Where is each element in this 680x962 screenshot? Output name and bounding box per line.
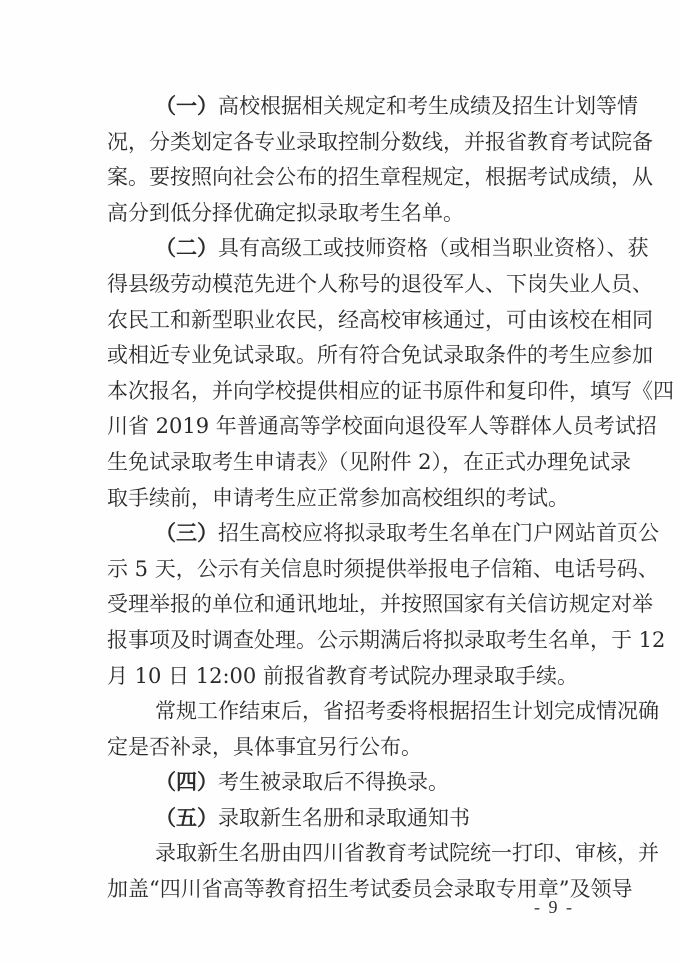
section-heading: （五）: [155, 806, 218, 830]
paragraph-line: （一）高校根据相关规定和考生成绩及招生计划等情: [107, 89, 579, 125]
paragraph-section-5: （五）录取新生名册和录取通知书: [107, 801, 579, 837]
paragraph-roster: 录取新生名册由四川省教育考试院统一打印、审核，并 加盖“四川省高等教育招生考试委…: [107, 836, 579, 907]
paragraph-line: 或相近专业免试录取。所有符合免试录取条件的考生应参加: [107, 338, 579, 374]
paragraph-line: 报事项及时调查处理。公示期满后将拟录取考生名单，于 12: [107, 623, 579, 659]
paragraph-line: （二）具有高级工或技师资格（或相当职业资格）、获: [107, 231, 579, 267]
paragraph-regular-work: 常规工作结束后，省招考委将根据招生计划完成情况确 定是否补录，具体事宜另行公布。: [107, 694, 579, 765]
document-body: （一）高校根据相关规定和考生成绩及招生计划等情 况，分类划定各专业录取控制分数线…: [107, 89, 579, 908]
paragraph-line: 高分到低分择优确定拟录取考生名单。: [107, 196, 579, 232]
paragraph-line: 示 5 天，公示有关信息时须提供举报电子信箱、电话号码、: [107, 552, 579, 588]
paragraph-line: 生免试录取考生申请表》（见附件 2），在正式办理免试录: [107, 445, 579, 481]
section-heading: （一）: [155, 94, 218, 118]
paragraph-line: （五）录取新生名册和录取通知书: [107, 801, 579, 837]
paragraph-line: （四）考生被录取后不得换录。: [107, 765, 579, 801]
paragraph-section-4: （四）考生被录取后不得换录。: [107, 765, 579, 801]
page-number: - 9 -: [534, 897, 574, 918]
section-heading: （二）: [155, 236, 218, 260]
document-page: （一）高校根据相关规定和考生成绩及招生计划等情 况，分类划定各专业录取控制分数线…: [0, 0, 680, 962]
paragraph-line: 常规工作结束后，省招考委将根据招生计划完成情况确: [107, 694, 579, 730]
section-heading: （三）: [155, 521, 218, 545]
paragraph-line: （三）招生高校应将拟录取考生名单在门户网站首页公: [107, 516, 579, 552]
paragraph-line: 况，分类划定各专业录取控制分数线，并报省教育考试院备: [107, 125, 579, 161]
paragraph-line: 加盖“四川省高等教育招生考试委员会录取专用章”及领导: [107, 872, 579, 908]
paragraph-section-1: （一）高校根据相关规定和考生成绩及招生计划等情 况，分类划定各专业录取控制分数线…: [107, 89, 579, 231]
paragraph-section-2: （二）具有高级工或技师资格（或相当职业资格）、获 得县级劳动模范先进个人称号的退…: [107, 231, 579, 516]
paragraph-line: 定是否补录，具体事宜另行公布。: [107, 730, 579, 766]
paragraph-line: 录取新生名册由四川省教育考试院统一打印、审核，并: [107, 836, 579, 872]
paragraph-line: 取手续前，申请考生应正常参加高校组织的考试。: [107, 481, 579, 517]
paragraph-line: 受理举报的单位和通讯地址，并按照国家有关信访规定对举: [107, 587, 579, 623]
paragraph-line: 本次报名，并向学校提供相应的证书原件和复印件，填写《四: [107, 374, 579, 410]
paragraph-line: 得县级劳动模范先进个人称号的退役军人、下岗失业人员、: [107, 267, 579, 303]
paragraph-line: 月 10 日 12:00 前报省教育考试院办理录取手续。: [107, 659, 579, 695]
section-heading: （四）: [155, 770, 218, 794]
paragraph-line: 案。要按照向社会公布的招生章程规定，根据考试成绩，从: [107, 160, 579, 196]
paragraph-line: 川省 2019 年普通高等学校面向退役军人等群体人员考试招: [107, 409, 579, 445]
paragraph-line: 农民工和新型职业农民，经高校审核通过，可由该校在相同: [107, 303, 579, 339]
paragraph-section-3: （三）招生高校应将拟录取考生名单在门户网站首页公 示 5 天，公示有关信息时须提…: [107, 516, 579, 694]
